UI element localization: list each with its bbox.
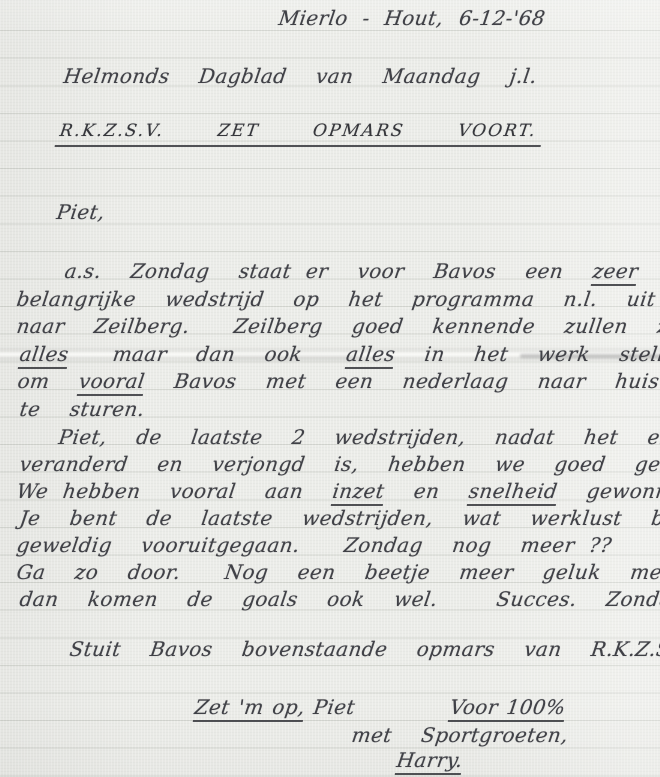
- body-line: dan komen de goals ook wel. Succes. Zond…: [18, 586, 660, 612]
- text-segment: Mierlo - Hout,: [277, 6, 445, 30]
- text-segment: Ga zo door. Nog een beetje meer geluk me…: [15, 560, 660, 584]
- underlined-text: Voor 100%: [448, 695, 567, 722]
- body-line: Ga zo door. Nog een beetje meer geluk me…: [15, 559, 660, 585]
- text-segment: veranderd en verjongd is, hebben we goed…: [18, 452, 660, 476]
- underlined-text: snelheid: [467, 479, 559, 506]
- text-segment: geweldig vooruitgegaan. Zondag nog meer …: [15, 533, 613, 557]
- text-segment: Helmonds Dagblad van Maandag j.l.: [62, 64, 539, 88]
- text-segment: We hebben vooral aan: [15, 479, 334, 503]
- body-line: Piet, de laatste 2 wedstrijden, nadat he…: [57, 424, 660, 450]
- body-line: a.s. Zondag staat er voor Bavos een zeer: [63, 258, 640, 284]
- question-line: Stuit Bavos bovenstaande opmars van R.K.…: [68, 636, 660, 662]
- body-line: Je bent de laatste wedstrijden, wat werk…: [18, 505, 660, 531]
- text-segment: dan komen de goals ook wel. Succes. Zond…: [18, 587, 660, 611]
- dateline: Mierlo - Hout,6-12-'68: [277, 5, 547, 31]
- body-line: geweldig vooruitgegaan. Zondag nog meer …: [15, 532, 614, 558]
- text-segment: naar Zeilberg. Zeilberg goed kennende zu…: [15, 314, 660, 338]
- body-line: We hebben vooral aan inzet en snelheid g…: [15, 478, 660, 504]
- body-line: te sturen.: [18, 396, 146, 422]
- text-segment: om: [16, 369, 81, 393]
- underlined-text: zeer: [591, 259, 640, 286]
- text-segment: maar dan ook: [67, 342, 348, 366]
- salutation: Piet,: [55, 199, 107, 225]
- text-segment: 6-12-'68: [458, 6, 547, 30]
- underlined-text: Zet 'm op,: [193, 695, 307, 722]
- text-segment: in het werk stellen: [394, 342, 660, 366]
- closing-greeting: met Sportgroeten,: [350, 722, 570, 748]
- underlined-text: inzet: [331, 479, 386, 506]
- text-segment: en: [383, 479, 471, 503]
- text-segment: Piet, de laatste 2 wedstrijden, nadat he…: [57, 425, 660, 449]
- text-segment: Piet,: [55, 200, 106, 224]
- body-line: om vooral Bavos met een nederlaag naar h…: [16, 368, 660, 394]
- text-segment: belangrijke wedstrijd op het programma n…: [15, 287, 657, 311]
- headline: R.K.Z.S.V. ZET OPMARS VOORT.: [58, 118, 545, 144]
- underlined-text: vooral: [77, 369, 146, 396]
- text-segment: Piet: [303, 695, 356, 719]
- subject-line: Helmonds Dagblad van Maandag j.l.: [62, 63, 539, 89]
- body-line: veranderd en verjongd is, hebben we goed…: [18, 451, 660, 477]
- body-line: alles maar dan ook alles in het werk ste…: [18, 341, 660, 367]
- closing-slogan: Zet 'm op, PietVoor 100%: [193, 694, 567, 720]
- underlined-text: alles: [18, 342, 71, 369]
- body-line: naar Zeilberg. Zeilberg goed kennende zu…: [15, 313, 660, 339]
- signature: Harry.: [395, 747, 465, 773]
- body-line: belangrijke wedstrijd op het programma n…: [15, 286, 657, 312]
- text-segment: Je bent de laatste wedstrijden, wat werk…: [18, 506, 660, 530]
- text-segment: Stuit Bavos bovenstaande opmars van R.K.…: [68, 637, 660, 661]
- underlined-text: alles: [344, 342, 397, 369]
- text-segment: a.s. Zondag staat er voor Bavos een: [63, 259, 594, 283]
- text-segment: Bavos met een nederlaag naar huis: [143, 369, 660, 393]
- text-segment: met Sportgroeten,: [350, 723, 570, 747]
- text-segment: gewonnen.: [556, 479, 660, 503]
- underlined-text: R.K.Z.S.V. ZET OPMARS VOORT.: [55, 121, 545, 147]
- text-segment: te sturen.: [18, 397, 146, 421]
- underlined-text: Harry.: [395, 748, 465, 775]
- letter-page: Mierlo - Hout,6-12-'68Helmonds Dagblad v…: [0, 0, 660, 777]
